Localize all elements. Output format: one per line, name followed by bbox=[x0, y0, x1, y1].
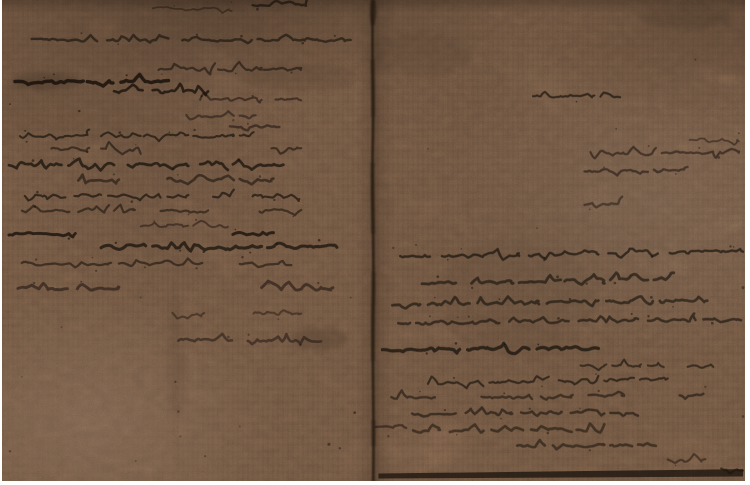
scanned-page-frame bbox=[0, 0, 750, 485]
paper-grain-texture bbox=[2, 0, 745, 481]
manuscript-scan bbox=[2, 0, 745, 481]
